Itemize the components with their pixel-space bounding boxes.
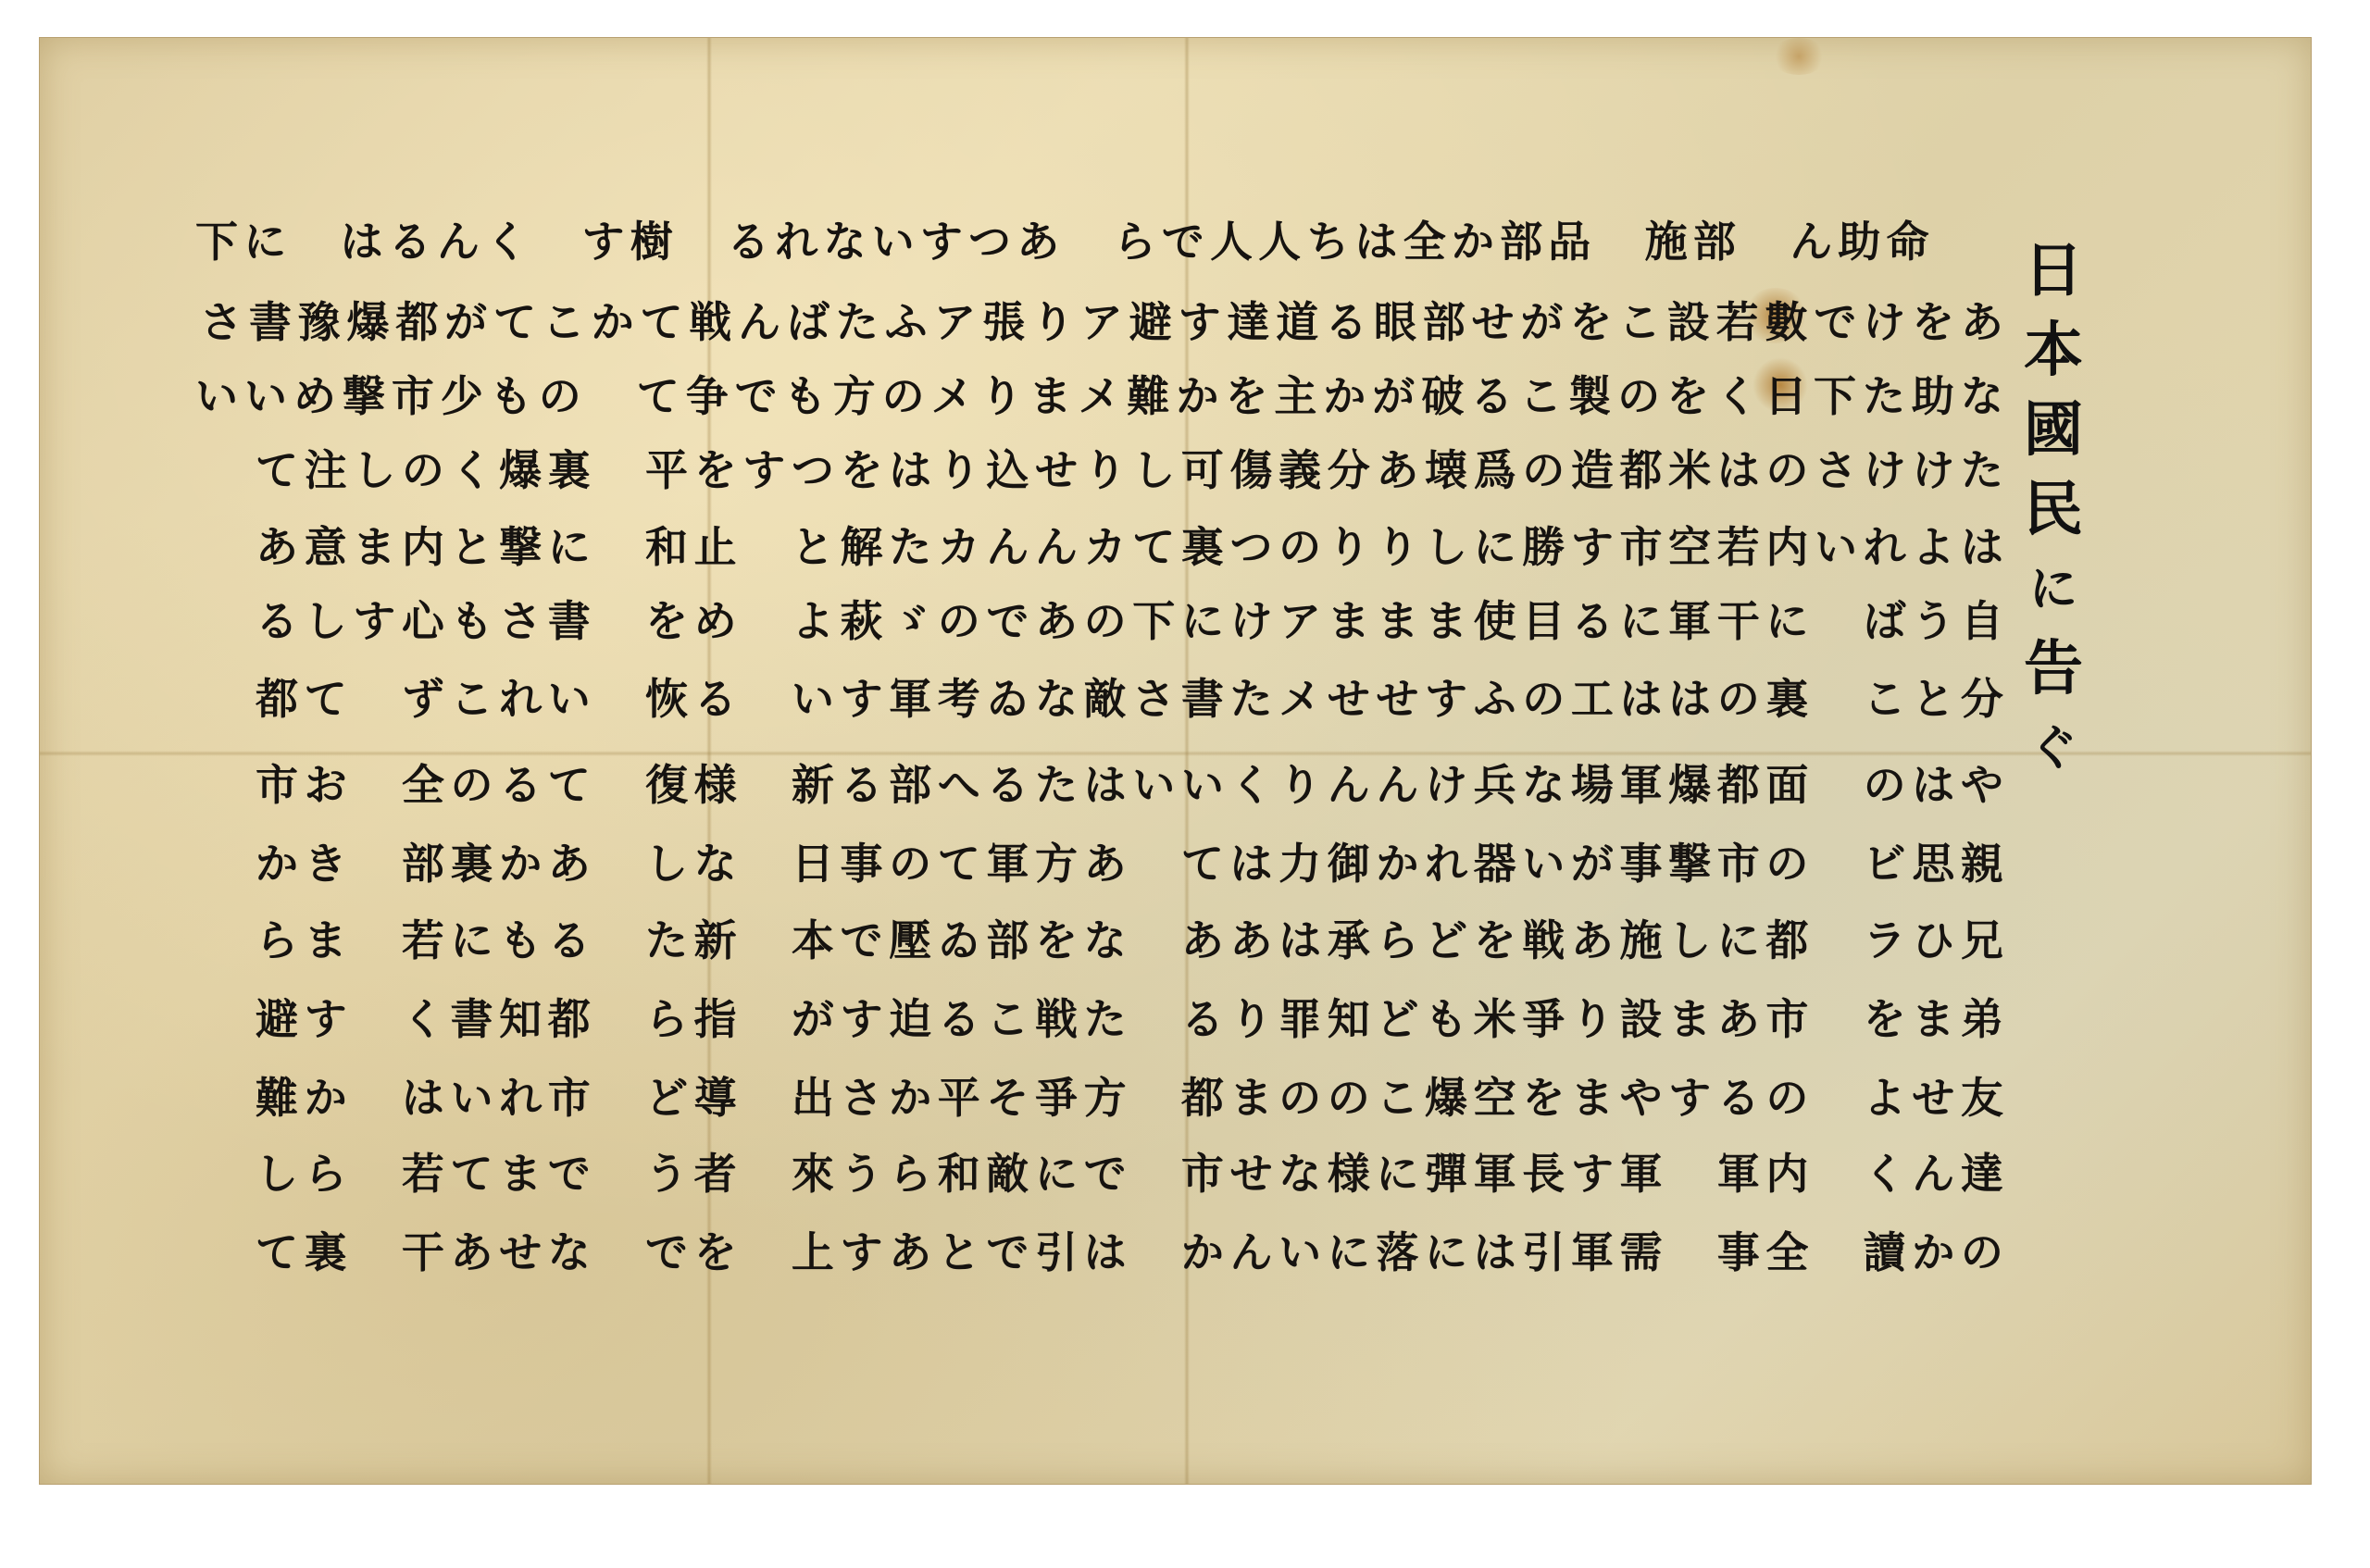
text-char: す — [581, 208, 626, 269]
text-char: く — [1229, 752, 1274, 813]
text-char: 下 — [1131, 588, 1176, 649]
text-char: け — [1424, 752, 1468, 813]
text-char: 部 — [1422, 289, 1466, 350]
text-char: 都 — [255, 666, 299, 727]
text-char: 事 — [1716, 1219, 1761, 1280]
text-char: 書 — [547, 588, 592, 649]
text-char: こ — [1518, 363, 1563, 424]
text-char: を — [1665, 363, 1710, 424]
title-char: ぐ — [2029, 709, 2077, 789]
text-char: に — [1619, 588, 1664, 649]
text-char: 軍 — [1619, 752, 1664, 813]
text-char: 助 — [1911, 363, 1955, 424]
text-char: か — [255, 830, 299, 891]
text-char: あ — [1570, 907, 1615, 968]
text-char: 命 — [1886, 208, 1930, 269]
text-char: 勝 — [1521, 514, 1565, 575]
text-char: つ — [791, 437, 835, 498]
text-char: の — [401, 437, 445, 498]
text-char: 軍 — [1716, 1140, 1761, 1201]
text-char: 引 — [1521, 1219, 1565, 1280]
text-char: ん — [985, 514, 1029, 575]
text-char: 書 — [1180, 666, 1225, 727]
text-char: 御 — [1327, 830, 1371, 891]
text-char: で — [1813, 289, 1857, 350]
text-char: を — [1224, 363, 1268, 424]
text-char: 様 — [1327, 1140, 1371, 1201]
text-char: 承 — [1327, 907, 1371, 968]
text-char: は — [1083, 1219, 1128, 1280]
text-char: く — [484, 208, 529, 269]
text-char: に — [1765, 588, 1809, 649]
text-char: あ — [1229, 907, 1274, 968]
text-char: か — [591, 289, 635, 350]
text-char: を — [1034, 907, 1079, 968]
text-char: 分 — [1960, 666, 2004, 727]
text-char: の — [1278, 514, 1322, 575]
text-char: た — [888, 514, 932, 575]
text-char: 來 — [791, 1140, 835, 1201]
text-char: る — [726, 208, 770, 269]
text-char: る — [547, 907, 592, 968]
text-char: れ — [498, 1064, 543, 1126]
text-char: で — [985, 1219, 1029, 1280]
text-char: 張 — [981, 289, 1026, 350]
text-char: す — [919, 208, 964, 269]
text-char: し — [1424, 514, 1468, 575]
text-char: は — [401, 1064, 445, 1126]
text-char: あ — [547, 830, 592, 891]
text-char: 市 — [1180, 1140, 1225, 1201]
text-char: 軍 — [1667, 588, 1712, 649]
text-char: 爭 — [1521, 986, 1565, 1047]
text-char: ん — [436, 208, 480, 269]
text-char: か — [1375, 830, 1419, 891]
text-char: す — [840, 666, 884, 727]
text-char: 指 — [693, 986, 738, 1047]
text-char: 書 — [450, 986, 494, 1047]
text-char: 注 — [304, 437, 348, 498]
text-char: る — [1180, 986, 1225, 1047]
text-char: ら — [304, 1140, 348, 1201]
text-char: る — [1324, 289, 1368, 350]
text-char: 破 — [1420, 363, 1465, 424]
text-char: 自 — [1960, 588, 2004, 649]
text-char: を — [644, 588, 689, 649]
text-char: 義 — [1278, 437, 1322, 498]
text-char: ま — [1028, 363, 1072, 424]
text-char: 都 — [1180, 1064, 1225, 1126]
text-row: 市お全のるて復様新る部へるたはいいくりんんけ兵な場軍爆都面のはや — [255, 754, 2004, 810]
text-char: せ — [1229, 1140, 1274, 1201]
text-char: 壊 — [1424, 437, 1468, 498]
text-char: で — [547, 1140, 592, 1201]
text-char: い — [194, 363, 239, 424]
text-char: に — [1473, 514, 1517, 575]
text-char: 爆 — [498, 437, 543, 498]
text-char: 都 — [547, 986, 592, 1047]
text-char: 爆 — [1667, 752, 1712, 813]
text-row: 避すく書知都ら指がす迫るこ戦たるり罪知ども米爭り設まあ市をま弟 — [255, 989, 2004, 1044]
text-char: ん — [1034, 514, 1079, 575]
text-char: る — [840, 752, 884, 813]
text-char: ど — [644, 1064, 689, 1126]
text-row: 都てずこれい恢るいす軍考ゐな敵さ書たメせせすふの工ははの裏こと分 — [255, 668, 2004, 724]
text-char: こ — [1863, 666, 1907, 727]
text-char: 施 — [1619, 907, 1664, 968]
text-char: す — [840, 986, 884, 1047]
text-row: 下にはるんくす樹るれないすつあらで人人ちは全か部品施部ん助命 — [194, 211, 1930, 267]
text-char: る — [985, 752, 1029, 813]
text-char: に — [1375, 1140, 1419, 1201]
text-char: ゐ — [985, 666, 1029, 727]
text-char: 裏 — [547, 437, 592, 498]
text-char: 全 — [1403, 208, 1447, 269]
text-char: あ — [450, 1219, 494, 1280]
text-char: 上 — [791, 1219, 835, 1280]
text-char: て — [1180, 830, 1225, 891]
text-char: の — [1765, 437, 1809, 498]
text-char: か — [1911, 1219, 1955, 1280]
text-char: あ — [1960, 289, 2004, 350]
text-char: の — [450, 752, 494, 813]
text-char: 避 — [1129, 289, 1173, 350]
text-char: は — [1083, 752, 1128, 813]
text-char: せ — [1327, 666, 1371, 727]
text-char: は — [1960, 514, 2004, 575]
text-char: い — [1521, 830, 1565, 891]
text-char: に — [243, 208, 287, 269]
text-char: 市 — [391, 363, 435, 424]
text-char: け — [1862, 289, 1906, 350]
text-char: い — [1131, 752, 1176, 813]
text-char: さ — [498, 588, 543, 649]
text-char: 若 — [1716, 514, 1761, 575]
text-char: 可 — [1180, 437, 1225, 498]
text-char: 市 — [1619, 514, 1664, 575]
text-char: 施 — [1644, 208, 1689, 269]
text-char: せ — [1471, 289, 1516, 350]
text-char: こ — [1375, 1064, 1419, 1126]
text-char: し — [255, 1140, 299, 1201]
text-char: 都 — [1765, 907, 1809, 968]
text-char: に — [1424, 1219, 1468, 1280]
text-char: も — [489, 363, 533, 424]
text-char: ア — [1278, 588, 1322, 649]
text-row: しら若てまでう者來うら和敵にで市せな様に彈軍長す軍軍内くん達 — [255, 1143, 2004, 1199]
text-char: い — [450, 1064, 494, 1126]
text-char: 方 — [832, 363, 877, 424]
text-char: か — [304, 1064, 348, 1126]
text-char: め — [693, 588, 738, 649]
text-char: こ — [450, 666, 494, 727]
text-char: 友 — [1960, 1064, 2004, 1126]
text-char: が — [1371, 363, 1416, 424]
text-char: 米 — [1473, 986, 1517, 1047]
text-char: の — [1521, 437, 1565, 498]
text-char: 裏 — [450, 830, 494, 891]
text-char: ば — [786, 289, 830, 350]
text-char: も — [498, 907, 543, 968]
text-char: 裏 — [1180, 514, 1225, 575]
text-char: 干 — [401, 1219, 445, 1280]
text-char: の — [538, 363, 582, 424]
text-char: 豫 — [297, 289, 342, 350]
text-char: 軍 — [1473, 1140, 1517, 1201]
text-char: た — [1083, 986, 1128, 1047]
text-char: る — [693, 666, 738, 727]
text-row: さ書豫爆都がてこかて戦んばたふア張りア避す達道る眼部せがをこ設若數でけをあ — [199, 292, 2004, 347]
text-char: せ — [498, 1219, 543, 1280]
text-char: い — [1278, 1219, 1322, 1280]
text-char: ま — [1570, 1064, 1615, 1126]
text-char: 若 — [401, 1140, 445, 1201]
text-char: と — [791, 514, 835, 575]
text-char: 工 — [1570, 666, 1615, 727]
text-row: らま若にもるた新本で壓ゐ部をなああは承らどを戦あ施しに都ラひ兄 — [255, 910, 2004, 965]
text-char: の — [1521, 666, 1565, 727]
text-char: な — [1521, 752, 1565, 813]
text-char: く — [1715, 363, 1759, 424]
text-char: よ — [1863, 1064, 1907, 1126]
text-char: 意 — [304, 514, 348, 575]
text-char: 市 — [547, 1064, 592, 1126]
text-char: 壓 — [888, 907, 932, 968]
text-char: ば — [1863, 588, 1907, 649]
text-char: て — [255, 1219, 299, 1280]
text-char: た — [1229, 666, 1274, 727]
text-char: か — [1322, 363, 1366, 424]
text-char: の — [1765, 1064, 1809, 1126]
text-char: ビ — [1863, 830, 1907, 891]
text-char: ま — [1327, 588, 1371, 649]
text-char: に — [1180, 588, 1225, 649]
text-char: 部 — [1499, 208, 1543, 269]
text-char: を — [693, 1219, 738, 1280]
text-char: り — [1229, 986, 1274, 1047]
text-char: か — [498, 830, 543, 891]
text-char: す — [840, 1219, 884, 1280]
text-char: 兄 — [1960, 907, 2004, 968]
text-char: メ — [1278, 666, 1322, 727]
text-char: 心 — [401, 588, 445, 649]
text-char: 樹 — [630, 208, 674, 269]
text-char: こ — [542, 289, 586, 350]
text-char: も — [783, 363, 828, 424]
text-char: は — [1619, 666, 1664, 727]
text-char: あ — [888, 1219, 932, 1280]
text-char: ま — [352, 514, 396, 575]
text-char: 彈 — [1424, 1140, 1468, 1201]
text-row: かき部裏かあしな日事のて軍方あては力御かれ器いが事撃市のビ思親 — [255, 833, 2004, 889]
text-char: る — [255, 588, 299, 649]
text-char: ま — [1424, 588, 1468, 649]
text-char: り — [937, 437, 981, 498]
text-char: が — [443, 289, 488, 350]
text-char: 爭 — [1034, 1064, 1079, 1126]
text-char: 導 — [693, 1064, 738, 1126]
text-char: 分 — [1327, 437, 1371, 498]
text-char: 内 — [401, 514, 445, 575]
text-char: 難 — [1126, 363, 1170, 424]
text-char: の — [1083, 588, 1128, 649]
text-char: う — [1911, 588, 1955, 649]
text-char: か — [888, 1064, 932, 1126]
text-char: よ — [791, 588, 835, 649]
title-char: 本 — [2024, 311, 2083, 391]
leaflet-title: 日 本 國 民 に 告 ぐ — [2016, 231, 2090, 789]
text-char: に — [547, 514, 592, 575]
text-char: れ — [1863, 514, 1907, 575]
text-char: ん — [1375, 752, 1419, 813]
text-char: ん — [1911, 1140, 1955, 1201]
text-char: れ — [774, 208, 818, 269]
text-char: 助 — [1837, 208, 1881, 269]
text-char: 力 — [1278, 830, 1322, 891]
text-char: ふ — [884, 289, 929, 350]
text-char: ア — [932, 289, 977, 350]
text-char: 都 — [1716, 752, 1761, 813]
text-char: 戦 — [1034, 986, 1079, 1047]
text-char: で — [1083, 1140, 1128, 1201]
text-char: 全 — [1765, 1219, 1809, 1280]
text-char: て — [304, 666, 348, 727]
text-char: な — [1034, 666, 1079, 727]
text-char: と — [1911, 666, 1955, 727]
text-char: 新 — [791, 752, 835, 813]
text-row: 難かはいれ市ど導出さか平そ爭方都まののこ爆空をまやするのよせ友 — [255, 1067, 2004, 1123]
text-char: る — [937, 986, 981, 1047]
text-char: 罪 — [1278, 986, 1322, 1047]
text-char: て — [547, 752, 592, 813]
text-char: 込 — [985, 437, 1029, 498]
text-char: よ — [1911, 514, 1955, 575]
text-char: の — [1960, 1219, 2004, 1280]
text-char: を — [840, 437, 884, 498]
title-char: 民 — [2024, 470, 2083, 550]
text-char: ず — [401, 666, 445, 727]
text-char: 考 — [937, 666, 981, 727]
text-row: るしす心もさ書をめよ萩ゞのであの下にけアままま使目るに軍干にばう自 — [255, 591, 2004, 646]
text-char: て — [1131, 514, 1176, 575]
text-char: り — [1278, 752, 1322, 813]
text-char: 和 — [644, 514, 689, 575]
text-char: ど — [1375, 986, 1419, 1047]
text-char: 需 — [1619, 1219, 1664, 1280]
text-char: り — [1570, 986, 1615, 1047]
text-char: 達 — [1960, 1140, 2004, 1201]
text-char: て — [636, 363, 680, 424]
text-char: に — [1327, 1219, 1371, 1280]
text-char: な — [693, 830, 738, 891]
text-char: の — [888, 830, 932, 891]
text-char: は — [1667, 666, 1712, 727]
text-char: し — [352, 437, 396, 498]
title-char: 國 — [2024, 391, 2083, 470]
text-char: 眼 — [1373, 289, 1417, 350]
text-char: さ — [1131, 666, 1176, 727]
text-char: な — [822, 208, 867, 269]
text-char: 方 — [1034, 830, 1079, 891]
text-char: て — [937, 830, 981, 891]
text-char: 内 — [1765, 514, 1809, 575]
text-char: さ — [199, 289, 243, 350]
text-char: 達 — [1226, 289, 1270, 350]
text-char: ラ — [1863, 907, 1907, 968]
text-char: 弟 — [1960, 986, 2004, 1047]
text-char: る — [1570, 588, 1615, 649]
text-char: は — [1278, 907, 1322, 968]
text-char: 米 — [1667, 437, 1712, 498]
text-char: 撃 — [1667, 830, 1712, 891]
text-char: 讀 — [1863, 1219, 1907, 1280]
text-char: 知 — [1327, 986, 1371, 1047]
text-char: 少 — [440, 363, 484, 424]
text-char: を — [1911, 289, 1955, 350]
text-char: の — [1863, 752, 1907, 813]
text-char: い — [791, 666, 835, 727]
text-char: 人 — [1257, 208, 1302, 269]
text-char: り — [979, 363, 1024, 424]
text-char: き — [304, 830, 348, 891]
text-char: 兵 — [1473, 752, 1517, 813]
text-char: に — [1034, 1140, 1079, 1201]
text-char: つ — [1229, 514, 1274, 575]
text-char: か — [1175, 363, 1219, 424]
text-char: て — [255, 437, 299, 498]
text-char: て — [639, 289, 683, 350]
text-char: に — [1716, 907, 1761, 968]
text-char: 空 — [1473, 1064, 1517, 1126]
text-char: て — [493, 289, 537, 350]
text-char: す — [352, 588, 396, 649]
text-char: 部 — [401, 830, 445, 891]
text-char: は — [1229, 830, 1274, 891]
text-char: 出 — [791, 1064, 835, 1126]
text-char: 造 — [1570, 437, 1615, 498]
text-char: ど — [1424, 907, 1468, 968]
text-char: 市 — [1716, 830, 1761, 891]
text-char: し — [1667, 907, 1712, 968]
text-char: あ — [255, 514, 299, 575]
text-char: ま — [1667, 986, 1712, 1047]
text-char: 場 — [1570, 752, 1615, 813]
text-char: け — [1863, 437, 1907, 498]
text-char: の — [1278, 1064, 1322, 1126]
text-char: 品 — [1547, 208, 1591, 269]
text-char: 軍 — [985, 830, 1029, 891]
text-char: は — [1473, 1219, 1517, 1280]
text-char: ゐ — [937, 907, 981, 968]
text-char: つ — [967, 208, 1012, 269]
text-char: 方 — [1083, 1064, 1128, 1126]
text-char: 若 — [401, 907, 445, 968]
text-char: が — [1519, 289, 1564, 350]
text-char: 敵 — [985, 1140, 1029, 1201]
text-char: ア — [1079, 289, 1124, 350]
text-char: は — [1716, 437, 1761, 498]
text-char: り — [1083, 437, 1128, 498]
text-char: の — [1765, 830, 1809, 891]
text-char: 解 — [840, 514, 884, 575]
text-char: せ — [1034, 437, 1079, 498]
text-char: す — [742, 437, 786, 498]
text-char: 避 — [255, 986, 299, 1047]
text-char: 平 — [644, 437, 689, 498]
text-char: を — [1863, 986, 1907, 1047]
title-char: 日 — [2024, 231, 2083, 311]
text-char: の — [1716, 666, 1761, 727]
